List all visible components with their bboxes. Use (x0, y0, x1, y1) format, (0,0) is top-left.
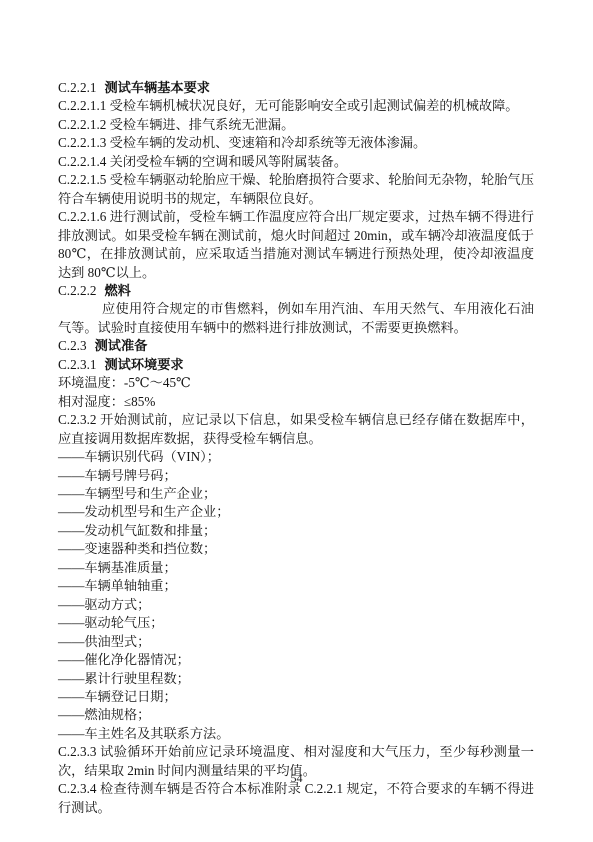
list-item-tire-pressure: ——驱动轮气压； (58, 614, 534, 632)
list-item-vin: ——车辆识别代码（VIN）； (58, 448, 534, 466)
clause-c-2-2-1-4: C.2.2.1.4 关闭受检车辆的空调和暖风等附属装备。 (58, 153, 534, 171)
section-number: C.2.3.1 (58, 357, 96, 372)
list-item-engine-model: ——发动机型号和生产企业； (58, 503, 534, 521)
section-title: 测试车辆基本要求 (104, 80, 210, 95)
section-heading-c-2-3-1: C.2.3.1测试环境要求 (58, 356, 534, 374)
list-item-cylinders-displacement: ——发动机气缸数和排量； (58, 522, 534, 540)
list-item-axle-load: ——车辆单轴轴重； (58, 577, 534, 595)
section-number: C.2.2.1 (58, 80, 96, 95)
section-heading-c-2-3: C.2.3测试准备 (58, 337, 534, 355)
document-body: C.2.2.1测试车辆基本要求 C.2.2.1.1 受检车辆机械状况良好，无可能… (58, 79, 534, 817)
section-number: C.2.3 (58, 338, 87, 353)
env-humidity-line: 相对湿度：≤85% (58, 393, 534, 411)
section-title: 测试环境要求 (104, 357, 183, 372)
section-heading-c-2-2-1: C.2.2.1测试车辆基本要求 (58, 79, 534, 97)
clause-c-2-2-1-1: C.2.2.1.1 受检车辆机械状况良好，无可能影响安全或引起测试偏差的机械故障… (58, 97, 534, 115)
list-item-mileage: ——累计行驶里程数； (58, 670, 534, 688)
list-item-fuel-supply-type: ——供油型式； (58, 633, 534, 651)
fuel-paragraph: 应使用符合规定的市售燃料，例如车用汽油、车用天然气、车用液化石油气等。试验时直接… (58, 300, 534, 337)
section-number: C.2.2.2 (58, 283, 96, 298)
list-item-transmission: ——变速器种类和挡位数； (58, 540, 534, 558)
list-item-plate-number: ——车辆号牌号码； (58, 467, 534, 485)
clause-c-2-2-1-3: C.2.2.1.3 受检车辆的发动机、变速箱和冷却系统等无液体渗漏。 (58, 134, 534, 152)
section-title: 燃料 (104, 283, 130, 298)
list-item-catalyst-condition: ——催化净化器情况； (58, 651, 534, 669)
list-item-vehicle-model: ——车辆型号和生产企业； (58, 485, 534, 503)
list-item-registration-date: ——车辆登记日期； (58, 688, 534, 706)
list-item-fuel-spec: ——燃油规格； (58, 706, 534, 724)
clause-c-2-2-1-5: C.2.2.1.5 受检车辆驱动轮胎应干燥、轮胎磨损符合要求、轮胎间无杂物，轮胎… (58, 171, 534, 208)
list-item-drive-type: ——驱动方式； (58, 596, 534, 614)
env-temperature-line: 环境温度：-5℃～45℃ (58, 374, 534, 392)
clause-c-2-3-2: C.2.3.2 开始测试前，应记录以下信息，如果受检车辆信息已经存储在数据库中，… (58, 411, 534, 448)
section-heading-c-2-2-2: C.2.2.2燃料 (58, 282, 534, 300)
list-item-owner-contact: ——车主姓名及其联系方法。 (58, 725, 534, 743)
section-title: 测试准备 (95, 338, 148, 353)
list-item-reference-mass: ——车辆基准质量； (58, 559, 534, 577)
clause-c-2-2-1-6: C.2.2.1.6 进行测试前，受检车辆工作温度应符合出厂规定要求，过热车辆不得… (58, 208, 534, 282)
document-page: C.2.2.1测试车辆基本要求 C.2.2.1.1 受检车辆机械状况良好，无可能… (0, 0, 593, 842)
clause-c-2-2-1-2: C.2.2.1.2 受检车辆进、排气系统无泄漏。 (58, 116, 534, 134)
page-number: 54 (0, 771, 593, 786)
